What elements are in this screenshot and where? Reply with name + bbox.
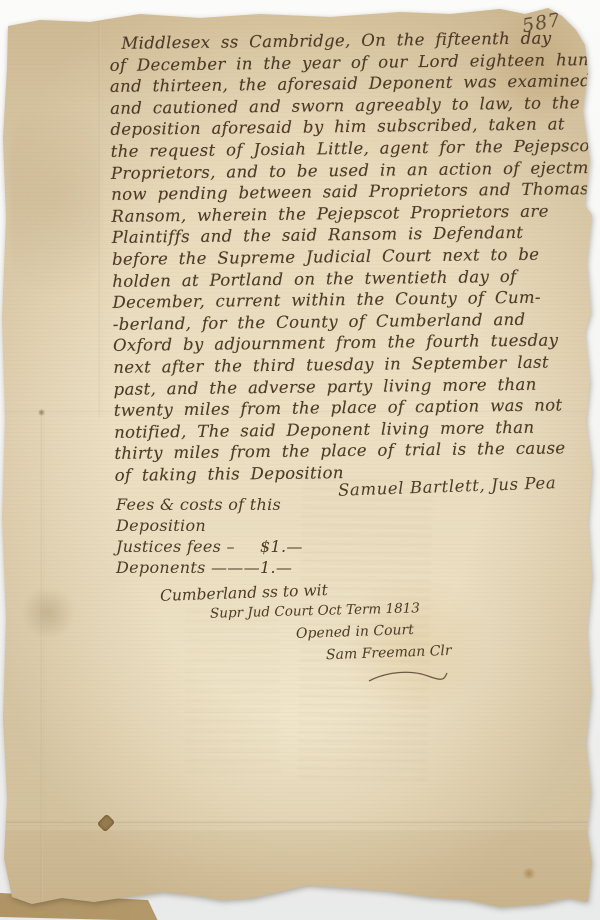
fee-label: Justices fees – xyxy=(116,537,235,556)
fees-heading-line: Deposition xyxy=(116,515,281,536)
scanned-document-page: 587 Middlesex ss Cambridge, On the fifte… xyxy=(0,0,600,920)
fee-amount: 1.— xyxy=(260,557,292,578)
fee-row: Deponents ——— 1.— xyxy=(116,557,281,578)
manuscript-paper: 587 Middlesex ss Cambridge, On the fifte… xyxy=(0,0,600,920)
fees-heading-line: Fees & costs of this xyxy=(116,494,281,515)
paper-shadow-wrap: 587 Middlesex ss Cambridge, On the fifte… xyxy=(0,0,600,920)
fee-row: Justices fees – $1.— xyxy=(116,536,281,557)
fee-amount: $1.— xyxy=(260,536,303,557)
fee-label: Deponents ——— xyxy=(116,558,260,577)
fees-block: Fees & costs of this Deposition Justices… xyxy=(116,494,281,578)
deposition-body: Middlesex ss Cambridge, On the fifteenth… xyxy=(109,27,593,486)
signature-flourish-icon xyxy=(366,668,450,686)
